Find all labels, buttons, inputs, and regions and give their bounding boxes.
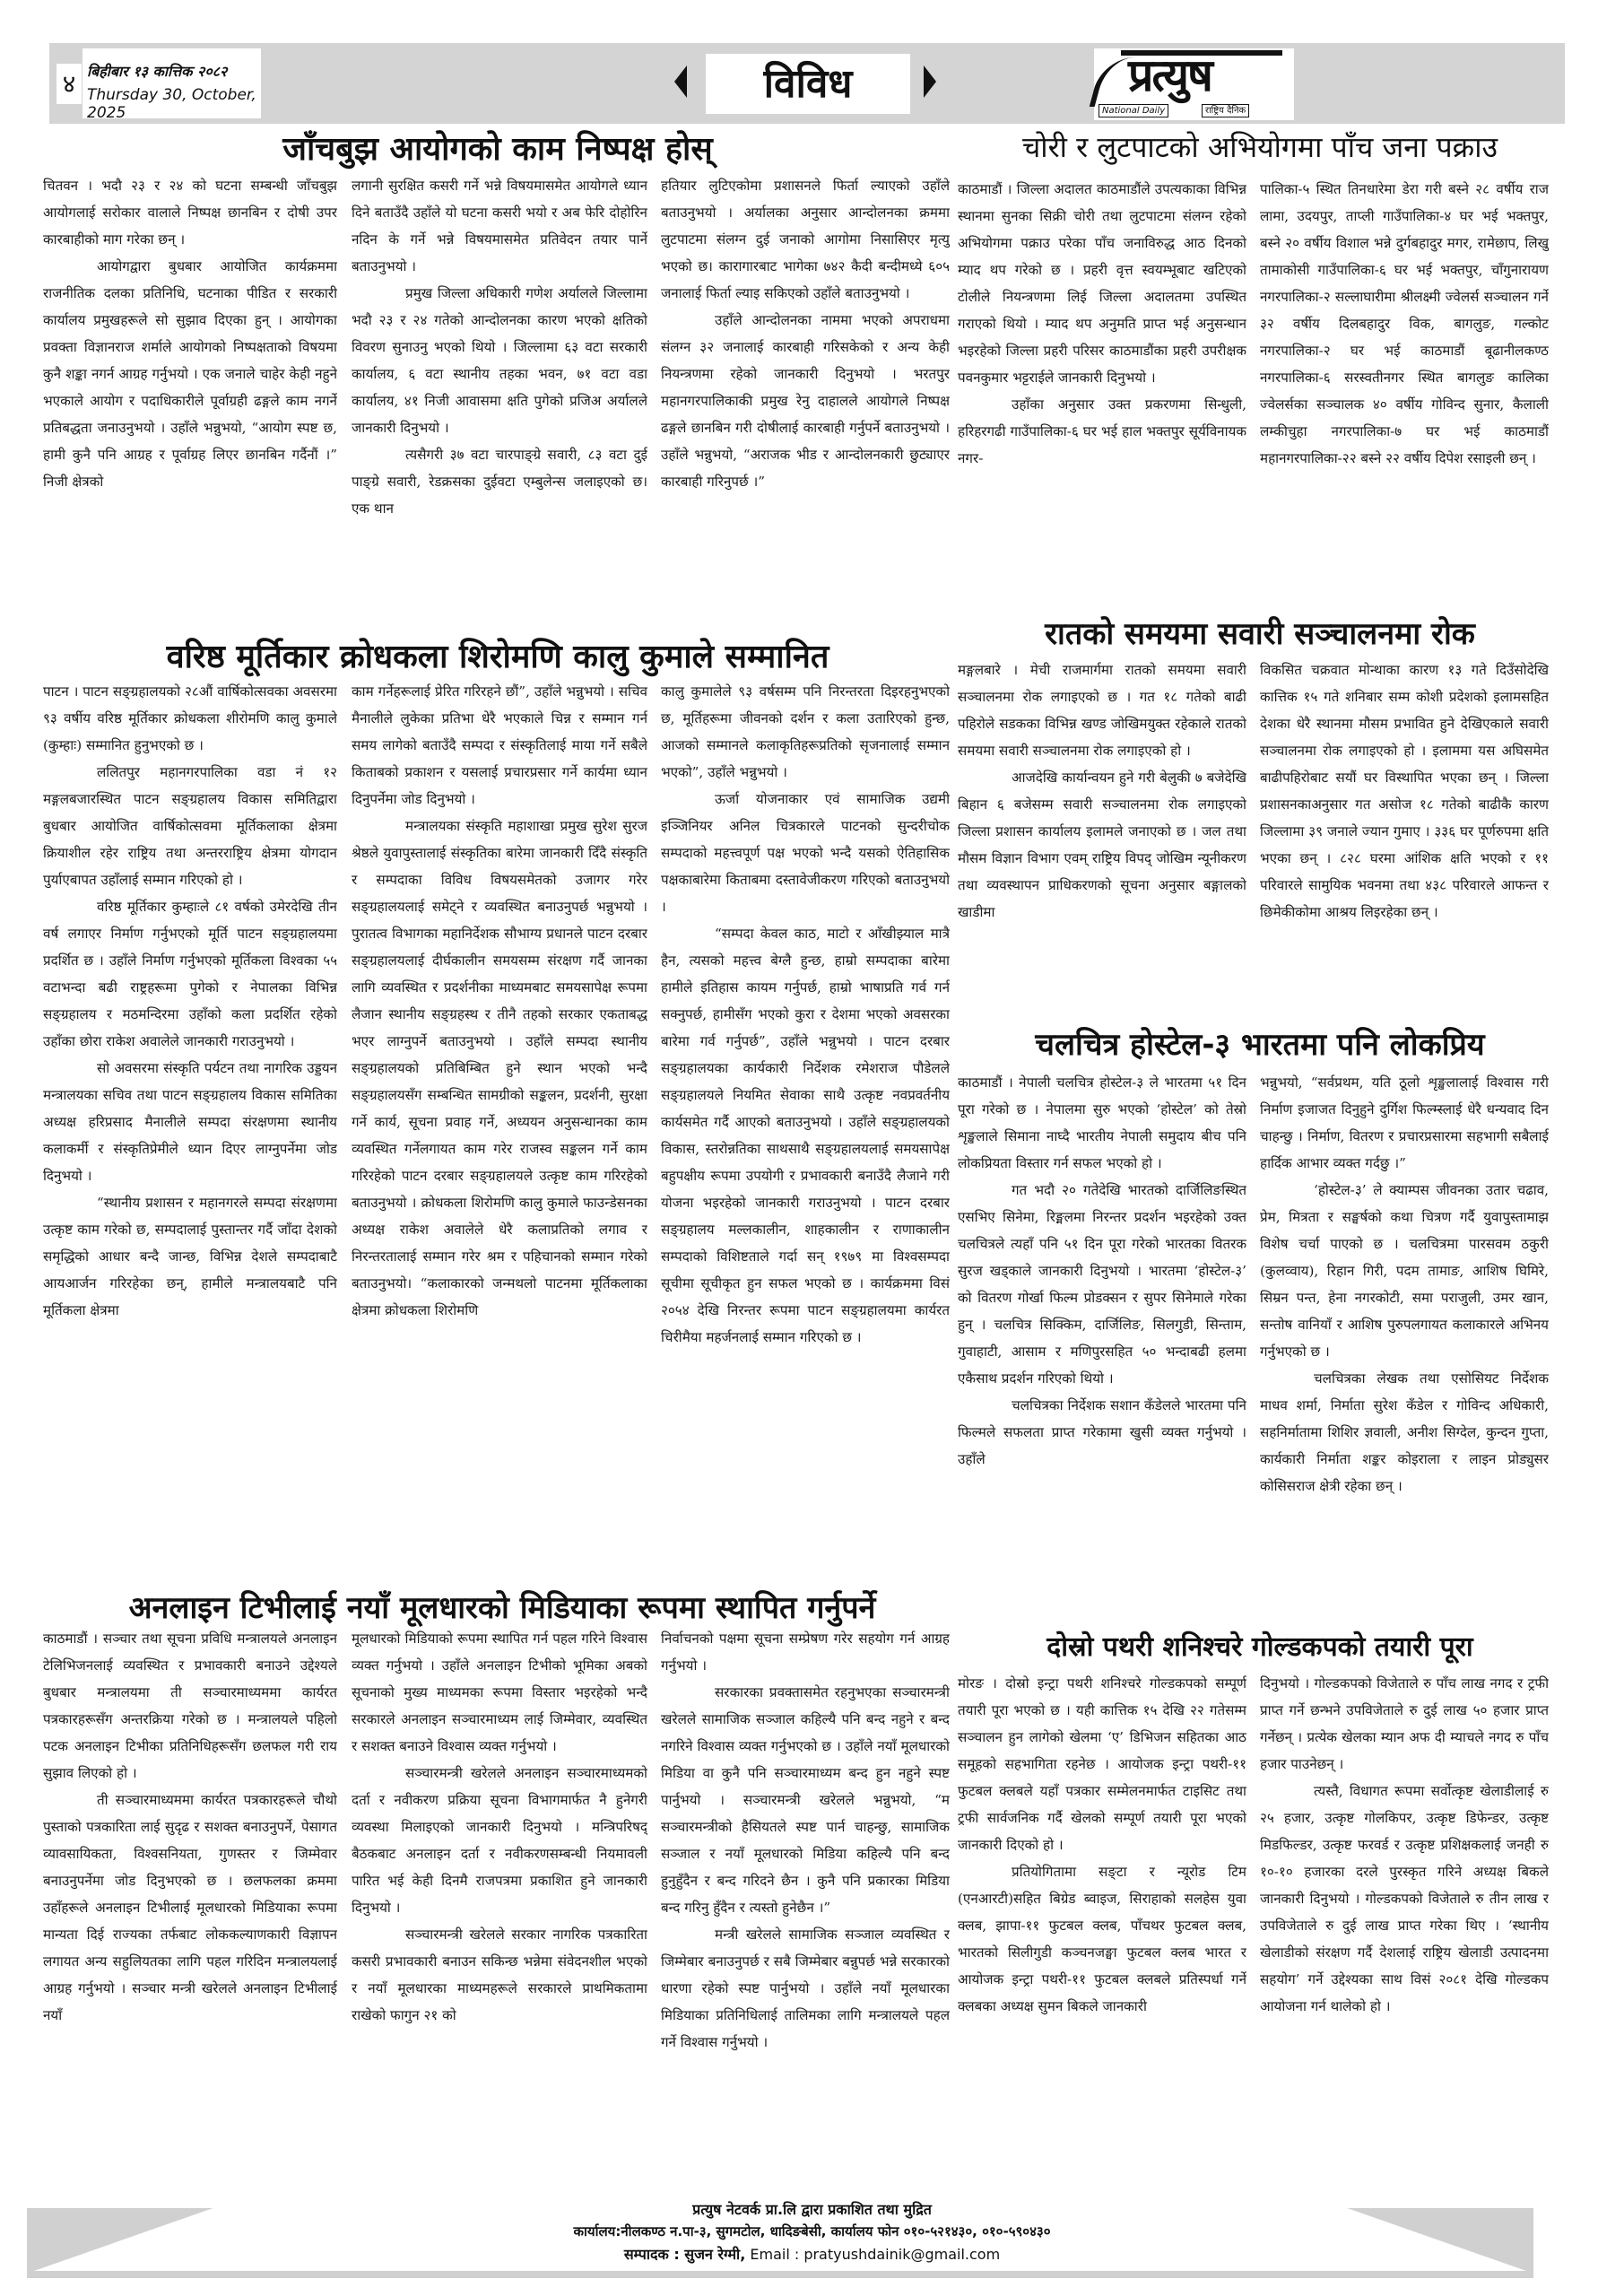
article-theft-col-1: काठमाडौं । जिल्ला अदालत काठमाडौंले उपत्य… — [958, 176, 1246, 610]
paragraph: हतियार लुटिएकोमा प्रशासनले फिर्ता ल्याएक… — [661, 172, 950, 307]
paragraph: दिनुभयो । गोल्डकपको विजेताले रु पाँच लाख… — [1260, 1670, 1549, 1778]
paragraph: मन्त्री खरेलले सामाजिक सञ्जाल व्यवस्थित … — [661, 1921, 950, 2056]
paragraph: “स्थानीय प्रशासन र महानगरले सम्पदा संरक्… — [43, 1189, 337, 1324]
article-inquiry-col-3: हतियार लुटिएकोमा प्रशासनले फिर्ता ल्याएक… — [661, 172, 950, 626]
article-onlinetv-col-3: निर्वाचनको पक्षमा सूचना सम्प्रेषण गरेर स… — [661, 1625, 950, 2190]
footer-editor-line: सम्पादक : सुजन रेग्मी, Email : pratyushd… — [0, 2244, 1624, 2264]
paragraph: प्रतियोगितामा सङ्टा र न्यूरोड टिम (एनआरट… — [958, 1858, 1246, 2020]
triangle-left-icon — [674, 65, 687, 98]
paragraph: चितवन । भदौ २३ र २४ को घटना सम्बन्धी जाँ… — [43, 172, 337, 253]
article-travel-col-2: विकसित चक्रवात मोन्थाका कारण १३ गते दिउँ… — [1260, 657, 1549, 1020]
logo-wordmark: प्रत्युष — [1128, 50, 1211, 100]
article-film-col-2: भन्नुभयो, “सर्वप्रथम, यति ठूलो शृङ्खलाला… — [1260, 1069, 1549, 1625]
paragraph: सो अवसरमा संस्कृति पर्यटन तथा नागरिक उड्… — [43, 1055, 337, 1189]
article-inquiry-col-1: चितवन । भदौ २३ र २४ को घटना सम्बन्धी जाँ… — [43, 172, 337, 626]
headline-film-hostel: चलचित्र होस्टेल-३ भारतमा पनि लोकप्रिय — [960, 1022, 1560, 1064]
paragraph: त्यसैगरी ३७ वटा चारपाङ्ग्रे सवारी, ८३ वट… — [352, 441, 647, 522]
paragraph: प्रमुख जिल्ला अधिकारी गणेश अर्यालले जिल्… — [352, 280, 647, 441]
date-english: Thursday 30, October, 2025 — [87, 86, 261, 122]
paragraph: कालु कुमालेले ९३ वर्षसम्म पनि निरन्तरता … — [661, 678, 950, 786]
article-inquiry-col-2: लगानी सुरक्षित कसरी गर्ने भन्ने विषयमासम… — [352, 172, 647, 626]
headline-theft-arrest: चोरी र लुटपाटको अभियोगमा पाँच जना पक्राउ — [960, 127, 1560, 166]
footer-publisher: प्रत्युष नेटवर्क प्रा.लि द्वारा प्रकाशित… — [0, 2199, 1624, 2219]
section-title: विविध — [706, 54, 910, 114]
paragraph: ऊर्जा योजनाकार एवं सामाजिक उद्यमी इञ्जिन… — [661, 786, 950, 920]
article-onlinetv-col-2: मूलधारको मिडियाको रूपमा स्थापित गर्न पहल… — [352, 1625, 647, 2190]
paragraph: पालिका-५ स्थित तिनधारेमा डेरा गरी बस्ने … — [1260, 176, 1549, 472]
paragraph: मन्त्रालयका संस्कृति महाशाखा प्रमुख सुरे… — [352, 813, 647, 1324]
paragraph: मूलधारको मिडियाको रूपमा स्थापित गर्न पहल… — [352, 1625, 647, 1760]
article-goldcup-col-1: मोरङ । दोस्रो इन्ट्रा पथरी शनिश्चरे गोल्… — [958, 1670, 1246, 2190]
paragraph: उहाँले आन्दोलनका नाममा भएको अपराधमा संलग… — [661, 307, 950, 495]
footer-address: कार्यालय:नीलकण्ठ न.पा-३, सुगमटोल, धादिङब… — [0, 2222, 1624, 2240]
article-sculptor-col-1: पाटन । पाटन सङ्ग्रहालयको २८औं वार्षिकोत्… — [43, 678, 337, 1582]
date-nepali: बिहीबार १३ कात्तिक २०८२ — [87, 61, 261, 81]
headline-sculptor-honoured: वरिष्ठ मूर्तिकार क्रोधकला शिरोमणि कालु क… — [54, 633, 942, 677]
paragraph: विकसित चक्रवात मोन्थाका कारण १३ गते दिउँ… — [1260, 657, 1549, 926]
paragraph: काठमाडौं । जिल्ला अदालत काठमाडौंले उपत्य… — [958, 176, 1246, 391]
paragraph: सरकारका प्रवक्तासमेत रहनुभएका सञ्चारमन्त… — [661, 1679, 950, 1921]
date-box: बिहीबार १३ कात्तिक २०८२ Thursday 30, Oct… — [83, 48, 261, 118]
footer-editor: सम्पादक : सुजन रेग्मी, — [624, 2246, 745, 2263]
headline-night-travel-ban: रातको समयमा सवारी सञ्चालनमा रोक — [960, 612, 1560, 653]
paragraph: काठमाडौं । सञ्चार तथा सूचना प्रविधि मन्त… — [43, 1625, 337, 1787]
paragraph: मङ्गलबारे । मेची राजमार्गमा रातको समयमा … — [958, 657, 1246, 764]
paragraph: काठमाडौं । नेपाली चलचित्र होस्टेल-३ ले भ… — [958, 1069, 1246, 1177]
page-number: ४ — [56, 64, 82, 104]
paragraph: वरिष्ठ मूर्तिकार कुम्हाःले ८१ वर्षको उमे… — [43, 893, 337, 1055]
paragraph: ‘होस्टेल-३’ ले क्याम्पस जीवनका उतार चढाव… — [1260, 1177, 1549, 1365]
article-sculptor-col-2: काम गर्नेहरूलाई प्रेरित गरिरहने छौं”, उह… — [352, 678, 647, 1582]
paragraph: निर्वाचनको पक्षमा सूचना सम्प्रेषण गरेर स… — [661, 1625, 950, 1679]
paragraph: गत भदौ २० गतेदेखि भारतको दार्जिलिङस्थित … — [958, 1177, 1246, 1392]
triangle-right-icon — [924, 65, 936, 98]
paragraph: ती सञ्चारमाध्यममा कार्यरत पत्रकारहरूले च… — [43, 1787, 337, 2029]
paragraph: काम गर्नेहरूलाई प्रेरित गरिरहने छौं”, उह… — [352, 678, 647, 813]
article-film-col-1: काठमाडौं । नेपाली चलचित्र होस्टेल-३ ले भ… — [958, 1069, 1246, 1625]
article-theft-col-2: पालिका-५ स्थित तिनधारेमा डेरा गरी बस्ने … — [1260, 176, 1549, 610]
paragraph: सञ्चारमन्त्री खरेलले सरकार नागरिक पत्रका… — [352, 1921, 647, 2029]
paragraph: आजदेखि कार्यान्वयन हुने गरी बेलुकी ७ बजे… — [958, 764, 1246, 926]
headline-online-tv: अनलाइन टिभीलाई नयाँ मूलधारको मिडियाका रू… — [54, 1586, 951, 1627]
headline-inquiry-commission: जाँचबुझ आयोगको काम निष्पक्ष होस् — [81, 126, 915, 170]
footer-email[interactable]: Email : pratyushdainik@gmail.com — [745, 2246, 1000, 2263]
paragraph: त्यस्तै, विधागत रूपमा सर्वोत्कृष्ट खेलाड… — [1260, 1778, 1549, 2020]
paragraph: चलचित्रका निर्देशक सशान कँडेलले भारतमा प… — [958, 1392, 1246, 1473]
logo-tag-english: National Daily — [1099, 104, 1168, 117]
paragraph: आयोगद्वारा बुधबार आयोजित कार्यक्रममा राज… — [43, 253, 337, 495]
article-sculptor-col-3: कालु कुमालेले ९३ वर्षसम्म पनि निरन्तरता … — [661, 678, 950, 1582]
paragraph: मोरङ । दोस्रो इन्ट्रा पथरी शनिश्चरे गोल्… — [958, 1670, 1246, 1858]
paragraph: “सम्पदा केवल काठ, माटो र आँखीझ्याल मात्र… — [661, 920, 950, 1351]
article-onlinetv-col-1: काठमाडौं । सञ्चार तथा सूचना प्रविधि मन्त… — [43, 1625, 337, 2190]
paragraph: चलचित्रका लेखक तथा एसोसियट निर्देशक माधव… — [1260, 1365, 1549, 1500]
paragraph: उहाँका अनुसार उक्त प्रकरणमा सिन्धुली, हर… — [958, 391, 1246, 472]
paragraph: लगानी सुरक्षित कसरी गर्ने भन्ने विषयमासम… — [352, 172, 647, 280]
article-travel-col-1: मङ्गलबारे । मेची राजमार्गमा रातको समयमा … — [958, 657, 1246, 1020]
logo-tag-nepali: राष्ट्रिय दैनिक — [1202, 104, 1249, 117]
paragraph: भन्नुभयो, “सर्वप्रथम, यति ठूलो शृङ्खलाला… — [1260, 1069, 1549, 1177]
paragraph: ललितपुर महानगरपालिका वडा नं १२ मङ्गलबजार… — [43, 759, 337, 893]
paragraph: सञ्चारमन्त्री खरेलले अनलाइन सञ्चारमाध्यम… — [352, 1760, 647, 1921]
headline-gold-cup: दोस्रो पथरी शनिश्चरे गोल्डकपको तयारी पूर… — [960, 1627, 1560, 1664]
paragraph: पाटन । पाटन सङ्ग्रहालयको २८औं वार्षिकोत्… — [43, 678, 337, 759]
article-goldcup-col-2: दिनुभयो । गोल्डकपको विजेताले रु पाँच लाख… — [1260, 1670, 1549, 2190]
newspaper-logo: प्रत्युष National Daily राष्ट्रिय दैनिक — [1094, 48, 1294, 120]
